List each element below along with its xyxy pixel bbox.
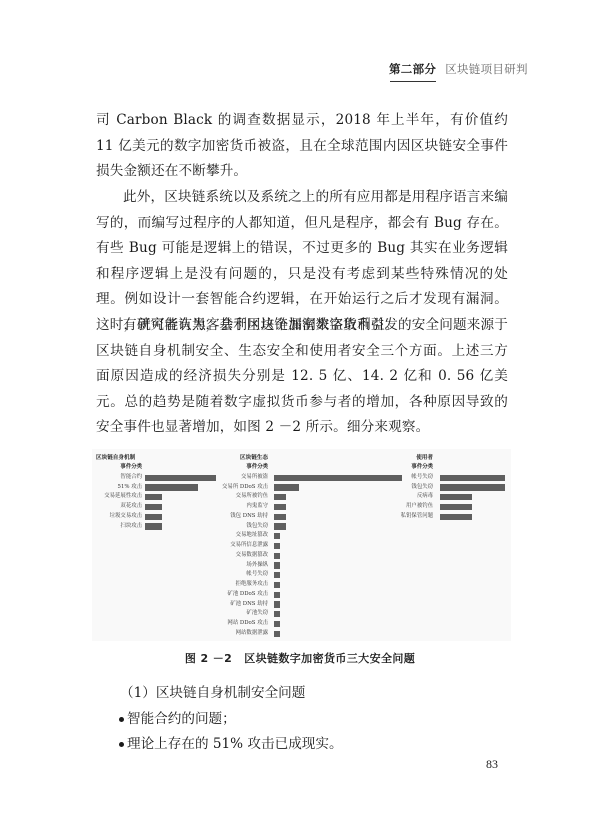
chart-panel: 使用者事件分类帐号失窃钱包失窃反病毒用户被钓鱼私钥保管问题 [92,449,511,641]
bullet-item: 理论上存在的 51% 攻击已成现实。 [96,732,508,758]
bullet-item: 智能合约的问题； [96,707,508,733]
category-label: 用户被钓鱼 [406,502,433,512]
page-number: 83 [486,757,498,772]
section-heading: （1）区块链自身机制安全问题 [96,681,508,707]
figure-title: 区块链数字加密货币三大安全问题 [244,652,415,665]
paragraph-text: 有研究者认为，基于区块链加密数字货币引发的安全问题来源于区块链自身机制安全、生态… [96,313,508,441]
figure-caption: 图 2 －2区块链数字加密货币三大安全问题 [0,650,600,666]
bullet-text: 智能合约的问题； [118,711,236,727]
category-label: 帐号失窃 [411,473,433,483]
paragraph-3: 有研究者认为，基于区块链加密数字货币引发的安全问题来源于区块链自身机制安全、生态… [96,313,508,441]
header-part-label: 第二部分 [389,61,436,77]
category-label: 反病毒 [417,492,433,502]
header-chapter-label: 区块链项目研判 [445,62,528,76]
running-header: 第二部分区块链项目研判 [389,61,528,77]
section-mechanism-security: （1）区块链自身机制安全问题 智能合约的问题； 理论上存在的 51% 攻击已成现… [96,681,508,758]
category-header: 事件分类 [411,463,433,473]
paragraph-text: 司 Carbon Black 的调查数据显示，2018 年上半年，有价值约 11… [96,108,508,185]
category-label: 私钥保管问题 [401,512,433,522]
bullet-dot-icon [119,717,124,722]
bar [440,494,472,500]
category-label: 钱包失窃 [411,483,433,493]
bar [440,484,505,490]
panel-title: 使用者 [416,453,433,461]
bar [440,504,472,510]
bar [440,514,472,520]
paragraph-1: 司 Carbon Black 的调查数据显示，2018 年上半年，有价值约 11… [96,108,508,185]
bar [440,475,505,481]
bullet-text: 理论上存在的 51% 攻击已成现实。 [118,736,343,752]
security-issues-chart: 区块链自身机制事件分类智能合约51% 攻击交易延展性攻击双花攻击垃圾交易攻击扫块… [92,449,511,641]
figure-number: 图 2 －2 [185,652,232,665]
